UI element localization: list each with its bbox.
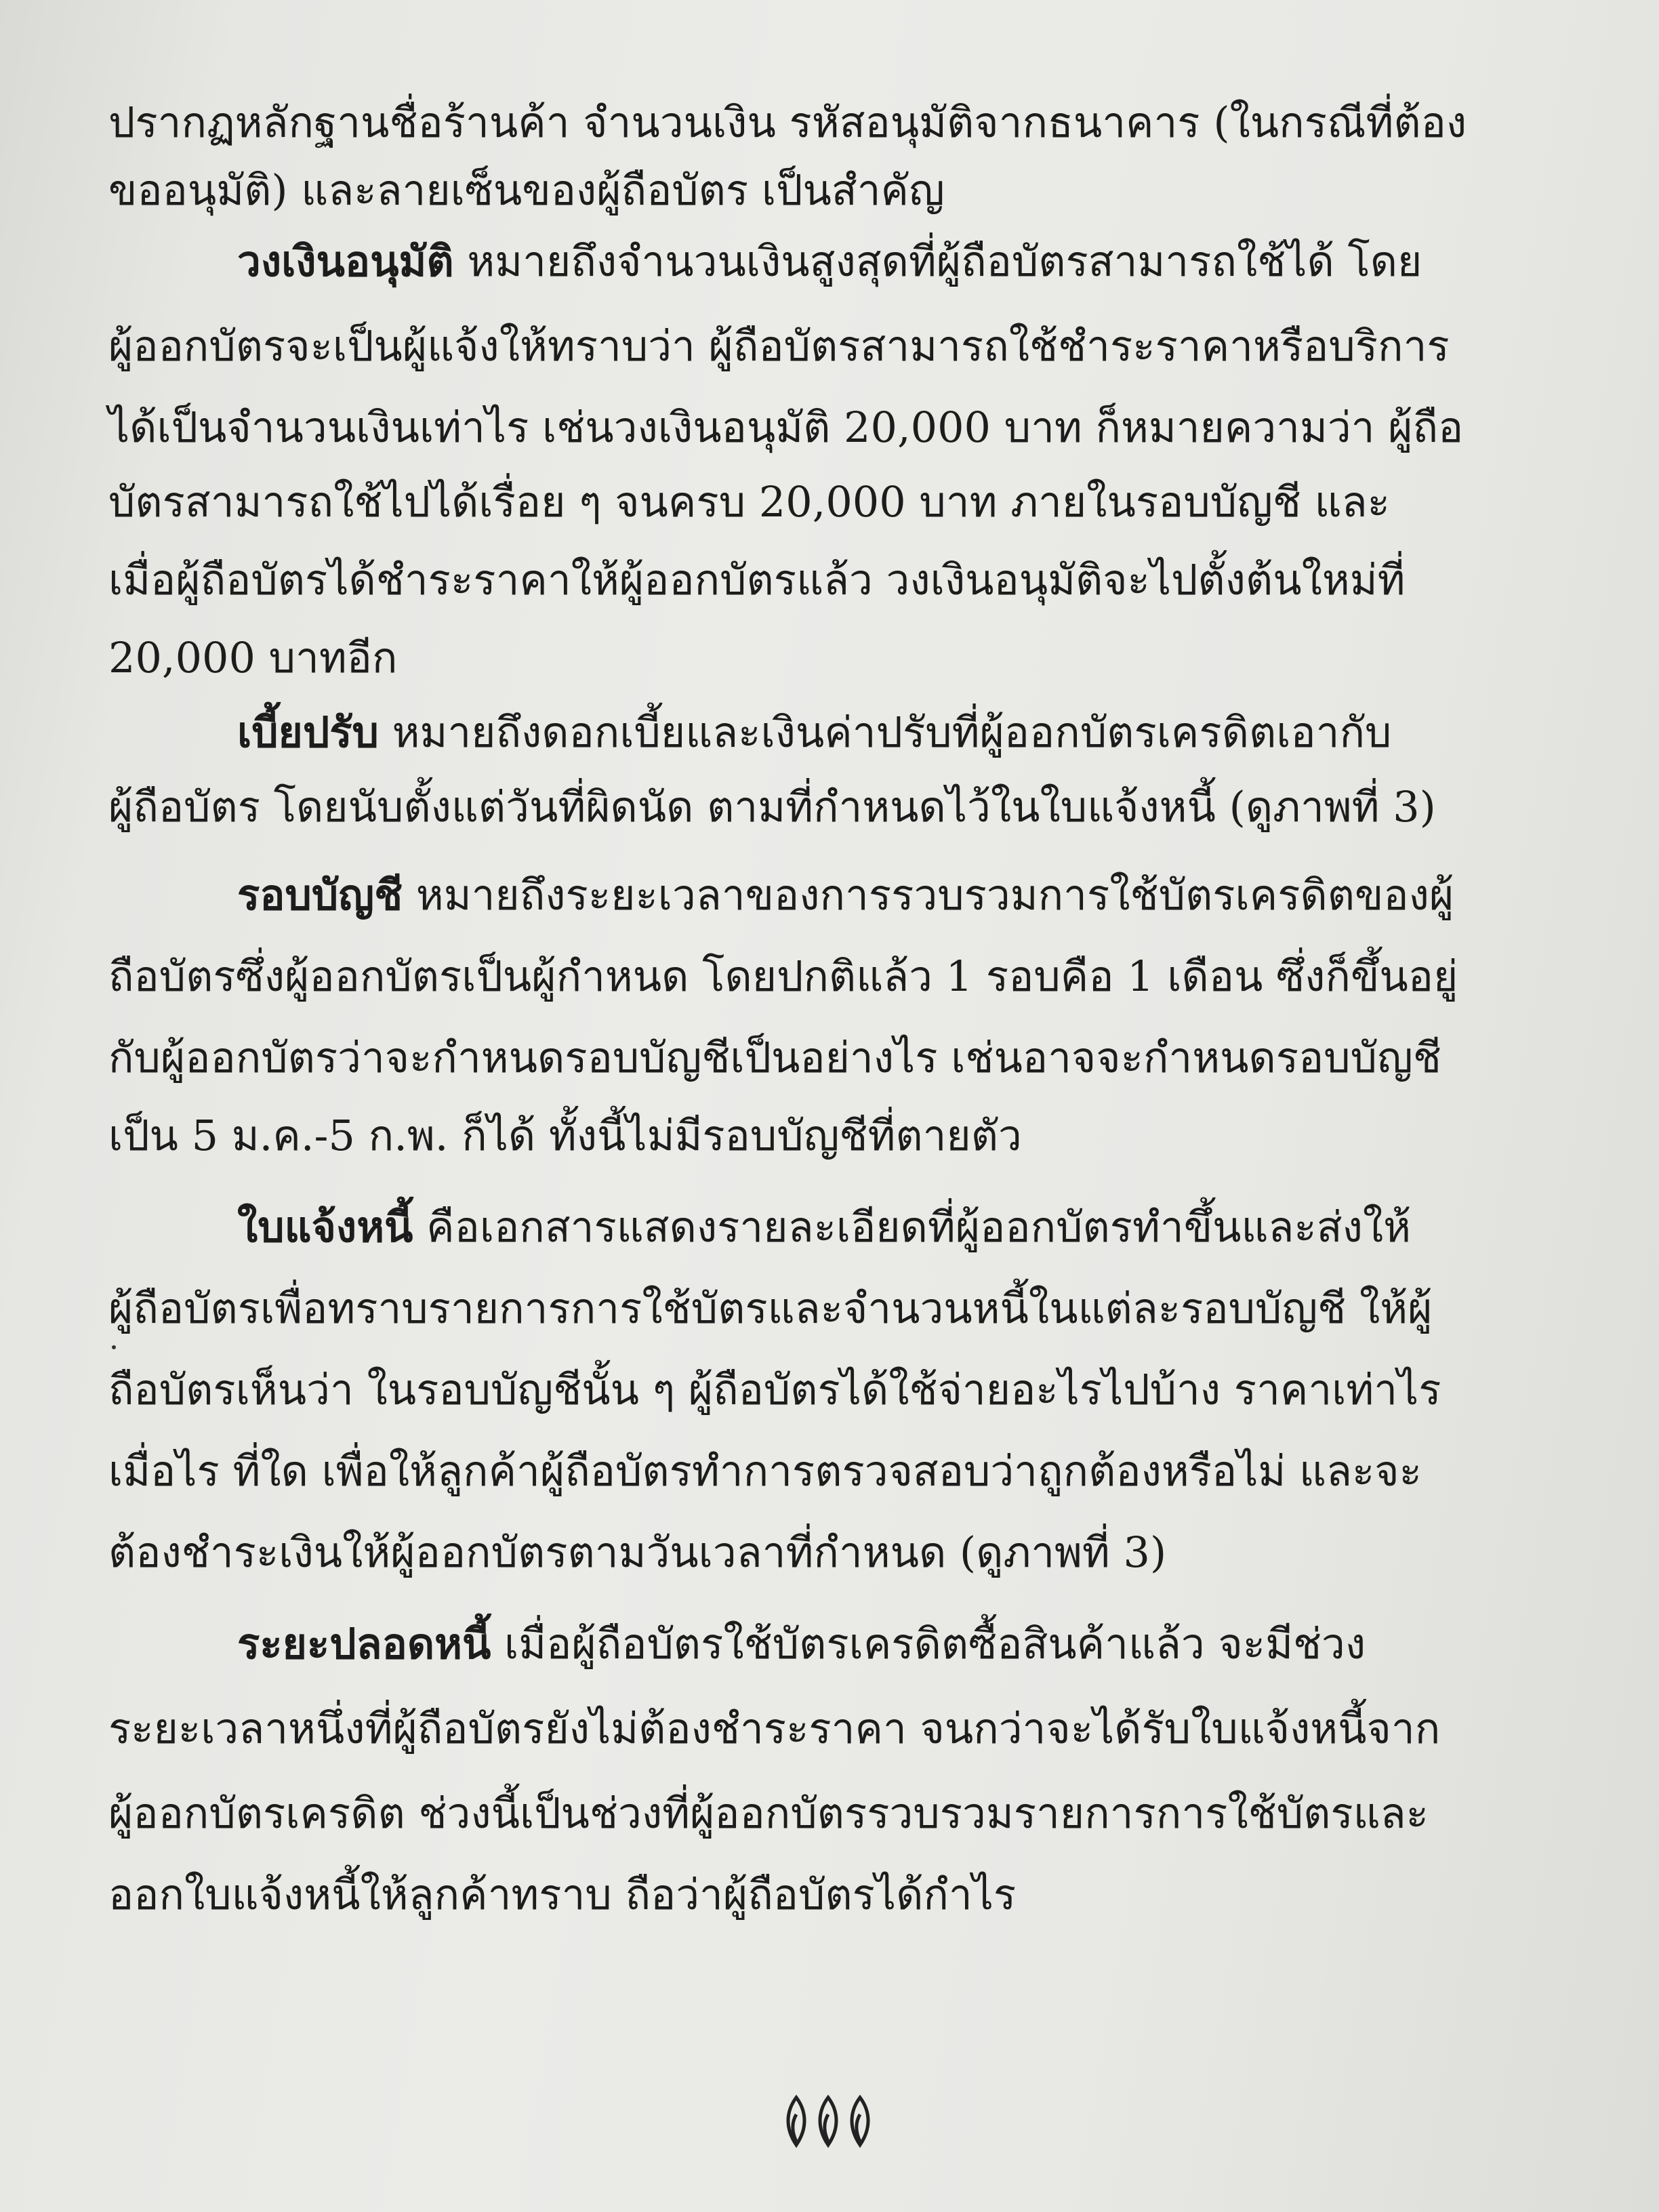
book-page: ปรากฏหลักฐานชื่อร้านค้า จำนวนเงิน รหัสอน… <box>0 0 1659 2212</box>
definition-text: เมื่อผู้ถือบัตรใช้บัตรเครดิตซื้อสินค้าแล… <box>491 1619 1366 1668</box>
text-line: ถือบัตรเห็นว่า ในรอบบัญชีนั้น ๆ ผู้ถือบั… <box>108 1369 1612 1411</box>
text-line: เป็น 5 ม.ค.-5 ก.พ. ก็ได้ ทั้งนี้ไม่มีรอบ… <box>108 1115 1612 1157</box>
text-line: เมื่อผู้ถือบัตรได้ชำระราคาให้ผู้ออกบัตรแ… <box>108 559 1612 601</box>
definition-statement: ใบแจ้งหนี้ คือเอกสารแสดงรายละเอียดที่ผู้… <box>237 1206 1612 1248</box>
text-line: กับผู้ออกบัตรว่าจะกำหนดรอบบัญชีเป็นอย่าง… <box>108 1037 1612 1079</box>
text-line: ออกใบแจ้งหนี้ให้ลูกค้าทราบ ถือว่าผู้ถือบ… <box>108 1874 1612 1916</box>
text-line: เมื่อไร ที่ใด เพื่อให้ลูกค้าผู้ถือบัตรทำ… <box>108 1450 1612 1492</box>
definition-approved-limit: วงเงินอนุมัติ หมายถึงจำนวนเงินสูงสุดที่ผ… <box>237 241 1612 283</box>
text-line: ปรากฏหลักฐานชื่อร้านค้า จำนวนเงิน รหัสอน… <box>108 102 1612 144</box>
definition-text: คือเอกสารแสดงรายละเอียดที่ผู้ออกบัตรทำขึ… <box>413 1202 1411 1252</box>
text-line: บัตรสามารถใช้ไปได้เรื่อย ๆ จนครบ 20,000 … <box>108 481 1612 523</box>
definition-penalty: เบี้ยปรับ หมายถึงดอกเบี้ยและเงินค่าปรับท… <box>237 712 1612 754</box>
text-line: ผู้ถือบัตร โดยนับตั้งแต่วันที่ผิดนัด ตาม… <box>108 786 1612 828</box>
text-line: ผู้ออกบัตรเครดิต ช่วงนี้เป็นช่วงที่ผู้ออ… <box>108 1793 1612 1835</box>
text-line: ถือบัตรซึ่งผู้ออกบัตรเป็นผู้กำหนด โดยปกต… <box>108 956 1612 998</box>
definition-interest-free-period: ระยะปลอดหนี้ เมื่อผู้ถือบัตรใช้บัตรเครดิ… <box>237 1623 1612 1665</box>
text-line: ขออนุมัติ) และลายเซ็นของผู้ถือบัตร เป็นส… <box>108 169 1612 211</box>
definition-billing-cycle: รอบบัญชี หมายถึงระยะเวลาของการรวบรวมการใ… <box>237 874 1612 916</box>
term-heading: วงเงินอนุมัติ <box>237 237 454 286</box>
text-line: ได้เป็นจำนวนเงินเท่าไร เช่นวงเงินอนุมัติ… <box>108 407 1612 449</box>
definition-text: หมายถึงจำนวนเงินสูงสุดที่ผู้ถือบัตรสามาร… <box>454 237 1422 286</box>
text-line: ระยะเวลาหนึ่งที่ผู้ถือบัตรยังไม่ต้องชำระ… <box>108 1708 1612 1750</box>
definition-text: หมายถึงดอกเบี้ยและเงินค่าปรับที่ผู้ออกบั… <box>379 708 1391 757</box>
text-line: ผู้ถือบัตรเพื่อทราบรายการการใช้บัตรและจำ… <box>108 1288 1612 1330</box>
text-line: ผู้ออกบัตรจะเป็นผู้แจ้งให้ทราบว่า ผู้ถือ… <box>108 325 1612 367</box>
term-heading: ใบแจ้งหนี้ <box>237 1202 413 1252</box>
definition-text: หมายถึงระยะเวลาของการรวบรวมการใช้บัตรเคร… <box>403 870 1454 920</box>
term-heading: เบี้ยปรับ <box>237 708 379 757</box>
three-leaf-ornament-icon <box>779 2094 881 2148</box>
text-line: ต้องชำระเงินให้ผู้ออกบัตรตามวันเวลาที่กำ… <box>108 1532 1612 1574</box>
text-line: 20,000 บาทอีก <box>108 637 1612 679</box>
ink-speck <box>112 1345 116 1349</box>
term-heading: ระยะปลอดหนี้ <box>237 1619 491 1668</box>
term-heading: รอบบัญชี <box>237 870 403 920</box>
